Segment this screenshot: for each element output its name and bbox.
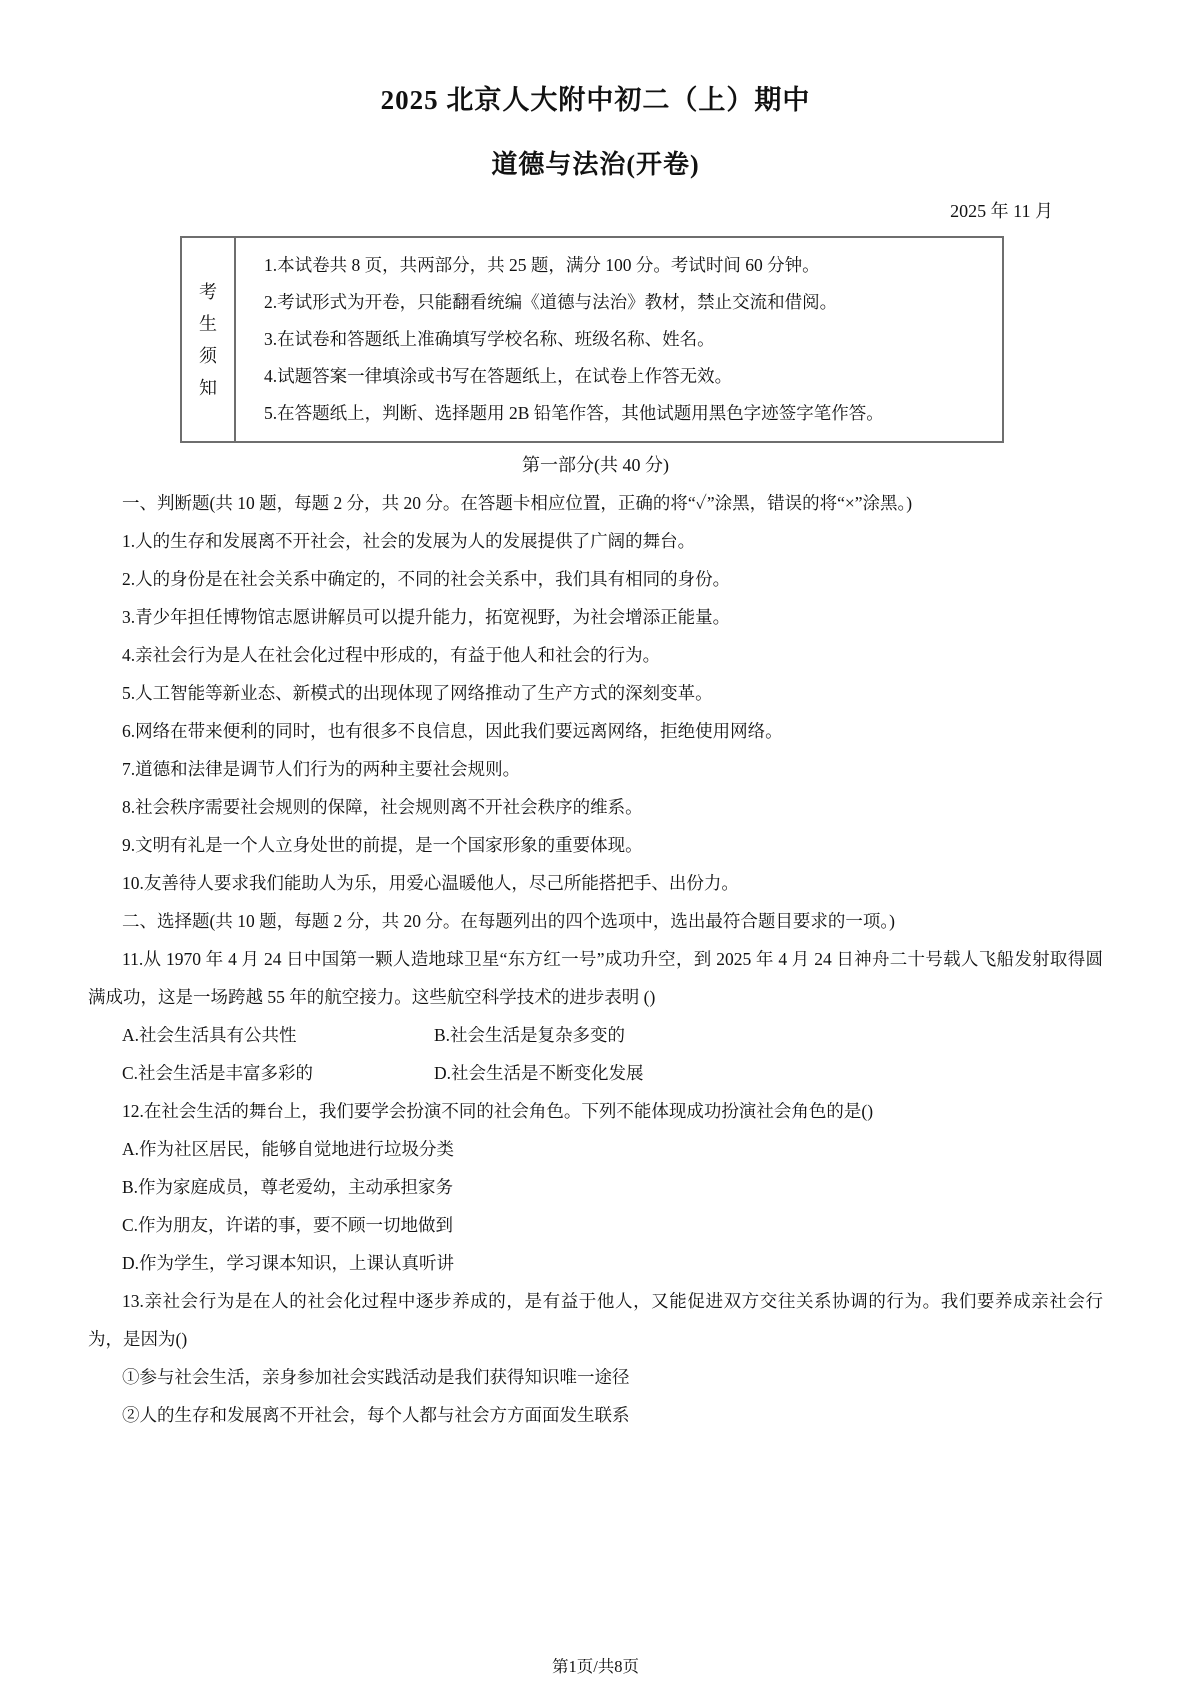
judgement-item: 7.道德和法律是调节人们行为的两种主要社会规则。 [88, 750, 1103, 788]
question-11-option-d: D.社会生活是不断变化发展 [434, 1054, 1103, 1092]
question-13-subitem-2: ②人的生存和发展离不开社会，每个人都与社会方方面面发生联系 [88, 1396, 1103, 1434]
question-11-options: A.社会生活具有公共性 B.社会生活是复杂多变的 C.社会生活是丰富多彩的 D.… [88, 1016, 1103, 1092]
question-11-option-b: B.社会生活是复杂多变的 [434, 1016, 1103, 1054]
judgement-item: 8.社会秩序需要社会规则的保障，社会规则离不开社会秩序的维系。 [88, 788, 1103, 826]
notice-label-char: 生 [199, 308, 217, 340]
page-title: 2025 北京人大附中初二（上）期中 [0, 0, 1191, 120]
paper-body: 一、判断题(共 10 题，每题 2 分，共 20 分。在答题卡相应位置，正确的将… [88, 484, 1103, 1434]
judgement-item: 9.文明有礼是一个人立身处世的前提，是一个国家形象的重要体现。 [88, 826, 1103, 864]
question-12-option-a: A.作为社区居民，能够自觉地进行垃圾分类 [88, 1130, 1103, 1168]
judgement-item: 2.人的身份是在社会关系中确定的，不同的社会关系中，我们具有相同的身份。 [88, 560, 1103, 598]
notice-item: 5.在答题纸上，判断、选择题用 2B 铅笔作答，其他试题用黑色字迹签字笔作答。 [264, 395, 994, 432]
question-11-option-c: C.社会生活是丰富多彩的 [122, 1054, 434, 1092]
notice-vertical-label: 考 生 须 知 [182, 238, 236, 441]
notice-label-char: 考 [199, 276, 217, 308]
question-12-stem: 12.在社会生活的舞台上，我们要学会扮演不同的社会角色。下列不能体现成功扮演社会… [88, 1092, 1103, 1130]
judgement-item: 10.友善待人要求我们能助人为乐，用爱心温暖他人，尽己所能搭把手、出份力。 [88, 864, 1103, 902]
notice-item: 1.本试卷共 8 页，共两部分，共 25 题，满分 100 分。考试时间 60 … [264, 247, 994, 284]
question-12-option-c: C.作为朋友，许诺的事，要不顾一切地做到 [88, 1206, 1103, 1244]
judgement-item: 1.人的生存和发展离不开社会，社会的发展为人的发展提供了广阔的舞台。 [88, 522, 1103, 560]
judgement-item: 4.亲社会行为是人在社会化过程中形成的，有益于他人和社会的行为。 [88, 636, 1103, 674]
notice-label-char: 知 [199, 372, 217, 404]
exam-date: 2025 年 11 月 [0, 198, 1191, 224]
notice-item: 4.试题答案一律填涂或书写在答题纸上，在试卷上作答无效。 [264, 358, 994, 395]
notice-item: 2.考试形式为开卷，只能翻看统编《道德与法治》教材，禁止交流和借阅。 [264, 284, 994, 321]
judgement-section-heading: 一、判断题(共 10 题，每题 2 分，共 20 分。在答题卡相应位置，正确的将… [88, 484, 1103, 522]
judgement-item: 6.网络在带来便利的同时，也有很多不良信息，因此我们要远离网络，拒绝使用网络。 [88, 712, 1103, 750]
exam-paper-page: 2025 北京人大附中初二（上）期中 道德与法治(开卷) 2025 年 11 月… [0, 0, 1191, 1684]
question-12-option-b: B.作为家庭成员，尊老爱幼，主动承担家务 [88, 1168, 1103, 1206]
page-number: 第1页/共8页 [0, 1656, 1191, 1678]
notice-item: 3.在试卷和答题纸上准确填写学校名称、班级名称、姓名。 [264, 321, 994, 358]
notice-label-char: 须 [199, 340, 217, 372]
question-11-stem: 11.从 1970 年 4 月 24 日中国第一颗人造地球卫星“东方红一号”成功… [88, 940, 1103, 1016]
choice-section-heading: 二、选择题(共 10 题，每题 2 分，共 20 分。在每题列出的四个选项中，选… [88, 902, 1103, 940]
question-11-option-a: A.社会生活具有公共性 [122, 1016, 434, 1054]
part1-heading: 第一部分(共 40 分) [0, 446, 1191, 484]
judgement-item: 3.青少年担任博物馆志愿讲解员可以提升能力，拓宽视野，为社会增添正能量。 [88, 598, 1103, 636]
judgement-item: 5.人工智能等新业态、新模式的出现体现了网络推动了生产方式的深刻变革。 [88, 674, 1103, 712]
notice-items: 1.本试卷共 8 页，共两部分，共 25 题，满分 100 分。考试时间 60 … [236, 238, 1002, 441]
question-12-option-d: D.作为学生，学习课本知识，上课认真听讲 [88, 1244, 1103, 1282]
page-subtitle: 道德与法治(开卷) [0, 146, 1191, 184]
question-13-stem: 13.亲社会行为是在人的社会化过程中逐步养成的，是有益于他人，又能促进双方交往关… [88, 1282, 1103, 1358]
question-13-subitem-1: ①参与社会生活，亲身参加社会实践活动是我们获得知识唯一途径 [88, 1358, 1103, 1396]
candidate-notice-box: 考 生 须 知 1.本试卷共 8 页，共两部分，共 25 题，满分 100 分。… [180, 236, 1004, 443]
